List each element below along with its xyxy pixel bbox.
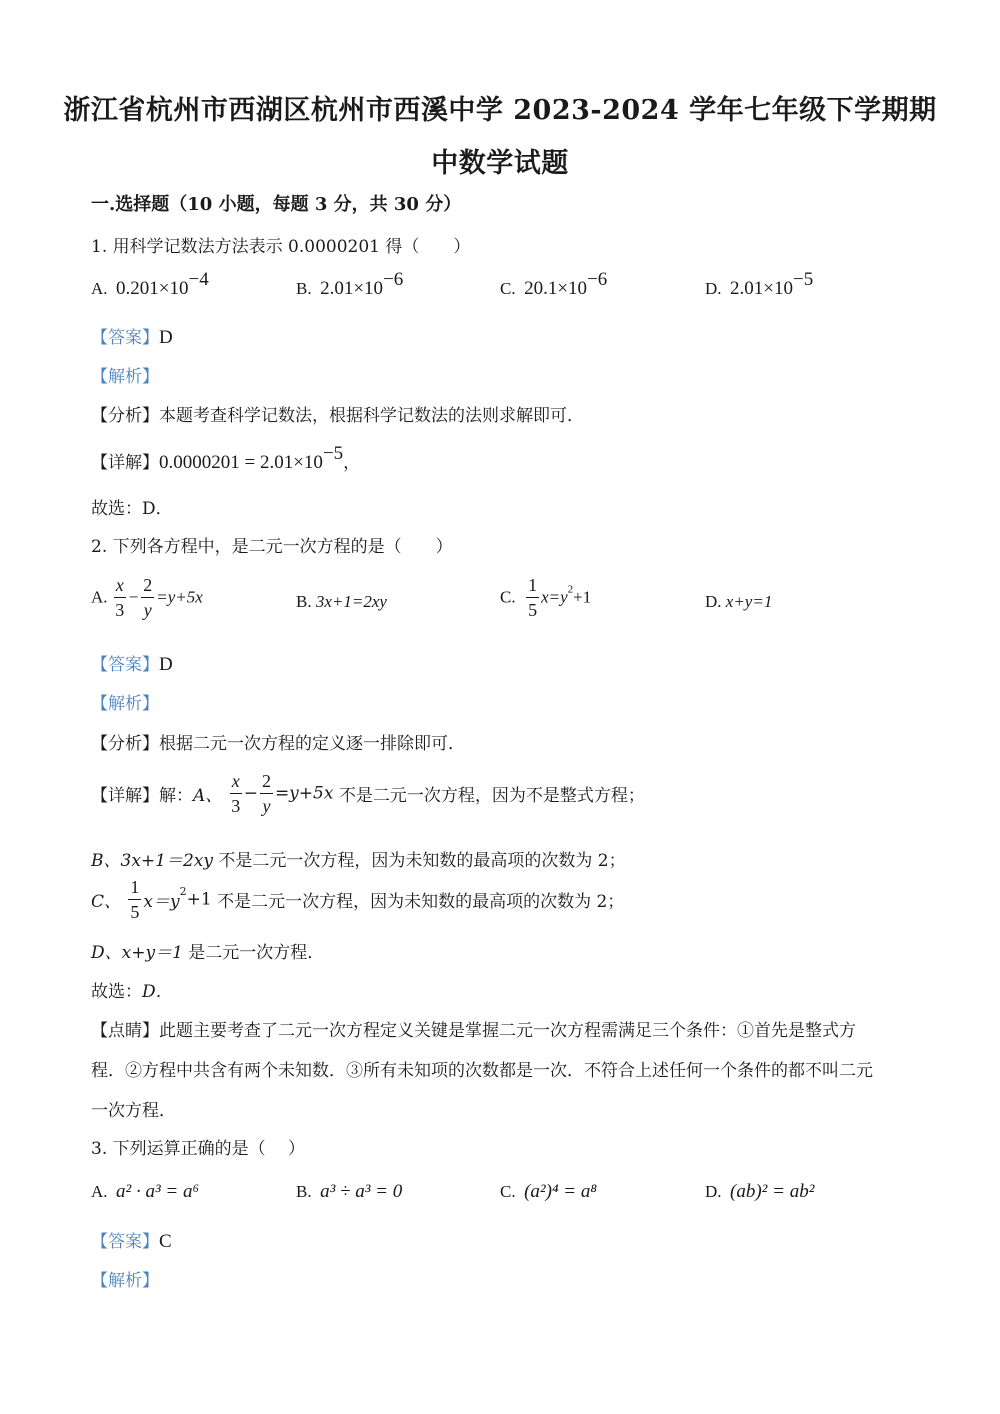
question-3-stem: 3. 下列运算正确的是（ ） <box>91 1134 305 1159</box>
q2-detail-c: C、 15x＝y2+1 不是二元一次方程，因为未知数的最高项的次数为 2； <box>91 878 624 921</box>
q2-analysis: 【分析】根据二元一次方程的定义逐一排除即可． <box>91 729 465 754</box>
q2-answer: 【答案】D <box>91 650 173 676</box>
answer-value: D <box>159 327 173 348</box>
q3-option-b: B. a³ ÷ a³ = 0 <box>296 1181 402 1203</box>
document-title-line2: 中数学试题 <box>0 141 1000 180</box>
q2-detail-a: 【详解】解：A、 x3−2y=y+5x 不是二元一次方程，因为不是整式方程； <box>91 772 645 815</box>
q3-answer: 【答案】C <box>91 1227 172 1253</box>
answer-label: 【答案】 <box>91 1232 159 1252</box>
q1-analysis: 【分析】本题考查科学记数法，根据科学记数法的法则求解即可． <box>91 401 584 426</box>
question-1-stem: 1. 用科学记数法方法表示 0.0000201 得（ ） <box>91 232 470 257</box>
q1-detail: 【详解】0.0000201 = 2.01×10−5， <box>91 448 360 474</box>
q2-detail-b: B、3x+1＝2xy 不是二元一次方程，因为未知数的最高项的次数为 2； <box>91 846 626 871</box>
q2-option-b: B. 3x+1=2xy <box>296 592 387 612</box>
q2-choose: 故选：D． <box>91 977 173 1002</box>
q3-option-a: A. a² · a³ = a⁶ <box>91 1181 199 1203</box>
answer-value: D <box>159 654 173 675</box>
q3-analysis-header: 【解析】 <box>91 1266 159 1291</box>
q1-option-d: D. 2.01×10−5 <box>705 278 813 300</box>
q2-comment-line3: 一次方程． <box>91 1096 176 1121</box>
question-2-stem: 2. 下列各方程中，是二元一次方程的是（ ） <box>91 532 453 557</box>
q2-option-c: C. 15x=y2+1 <box>500 576 591 619</box>
q1-choose: 故选：D． <box>91 494 173 519</box>
q2-comment-line1: 【点睛】此题主要考查了二元一次方程定义关键是掌握二元一次方程需满足三个条件：①首… <box>91 1016 856 1041</box>
q1-option-c: C. 20.1×10−6 <box>500 278 607 300</box>
q2-comment-line2: 程．②方程中共含有两个未知数．③所有未知项的次数都是一次．不符合上述任何一个条件… <box>91 1056 873 1081</box>
q2-option-a: A. x3−2y=y+5x <box>91 576 203 619</box>
q1-option-a: A. 0.201×10−4 <box>91 278 209 300</box>
q1-answer: 【答案】D <box>91 323 173 349</box>
section-heading: 一.选择题（10 小题，每题 3 分，共 30 分） <box>91 190 461 216</box>
q3-option-d: D. (ab)² = ab² <box>705 1181 814 1203</box>
answer-label: 【答案】 <box>91 655 159 675</box>
q1-option-b: B. 2.01×10−6 <box>296 278 403 300</box>
q2-detail-d: D、x+y＝1 是二元一次方程． <box>91 938 324 963</box>
answer-value: C <box>159 1231 172 1252</box>
document-title-line1: 浙江省杭州市西湖区杭州市西溪中学 2023-2024 学年七年级下学期期 <box>0 88 1000 127</box>
q1-analysis-header: 【解析】 <box>91 362 159 387</box>
q3-option-c: C. (a²)⁴ = a⁸ <box>500 1181 597 1203</box>
q2-analysis-header: 【解析】 <box>91 689 159 714</box>
answer-label: 【答案】 <box>91 328 159 348</box>
q2-option-d: D. x+y=1 <box>705 592 772 612</box>
